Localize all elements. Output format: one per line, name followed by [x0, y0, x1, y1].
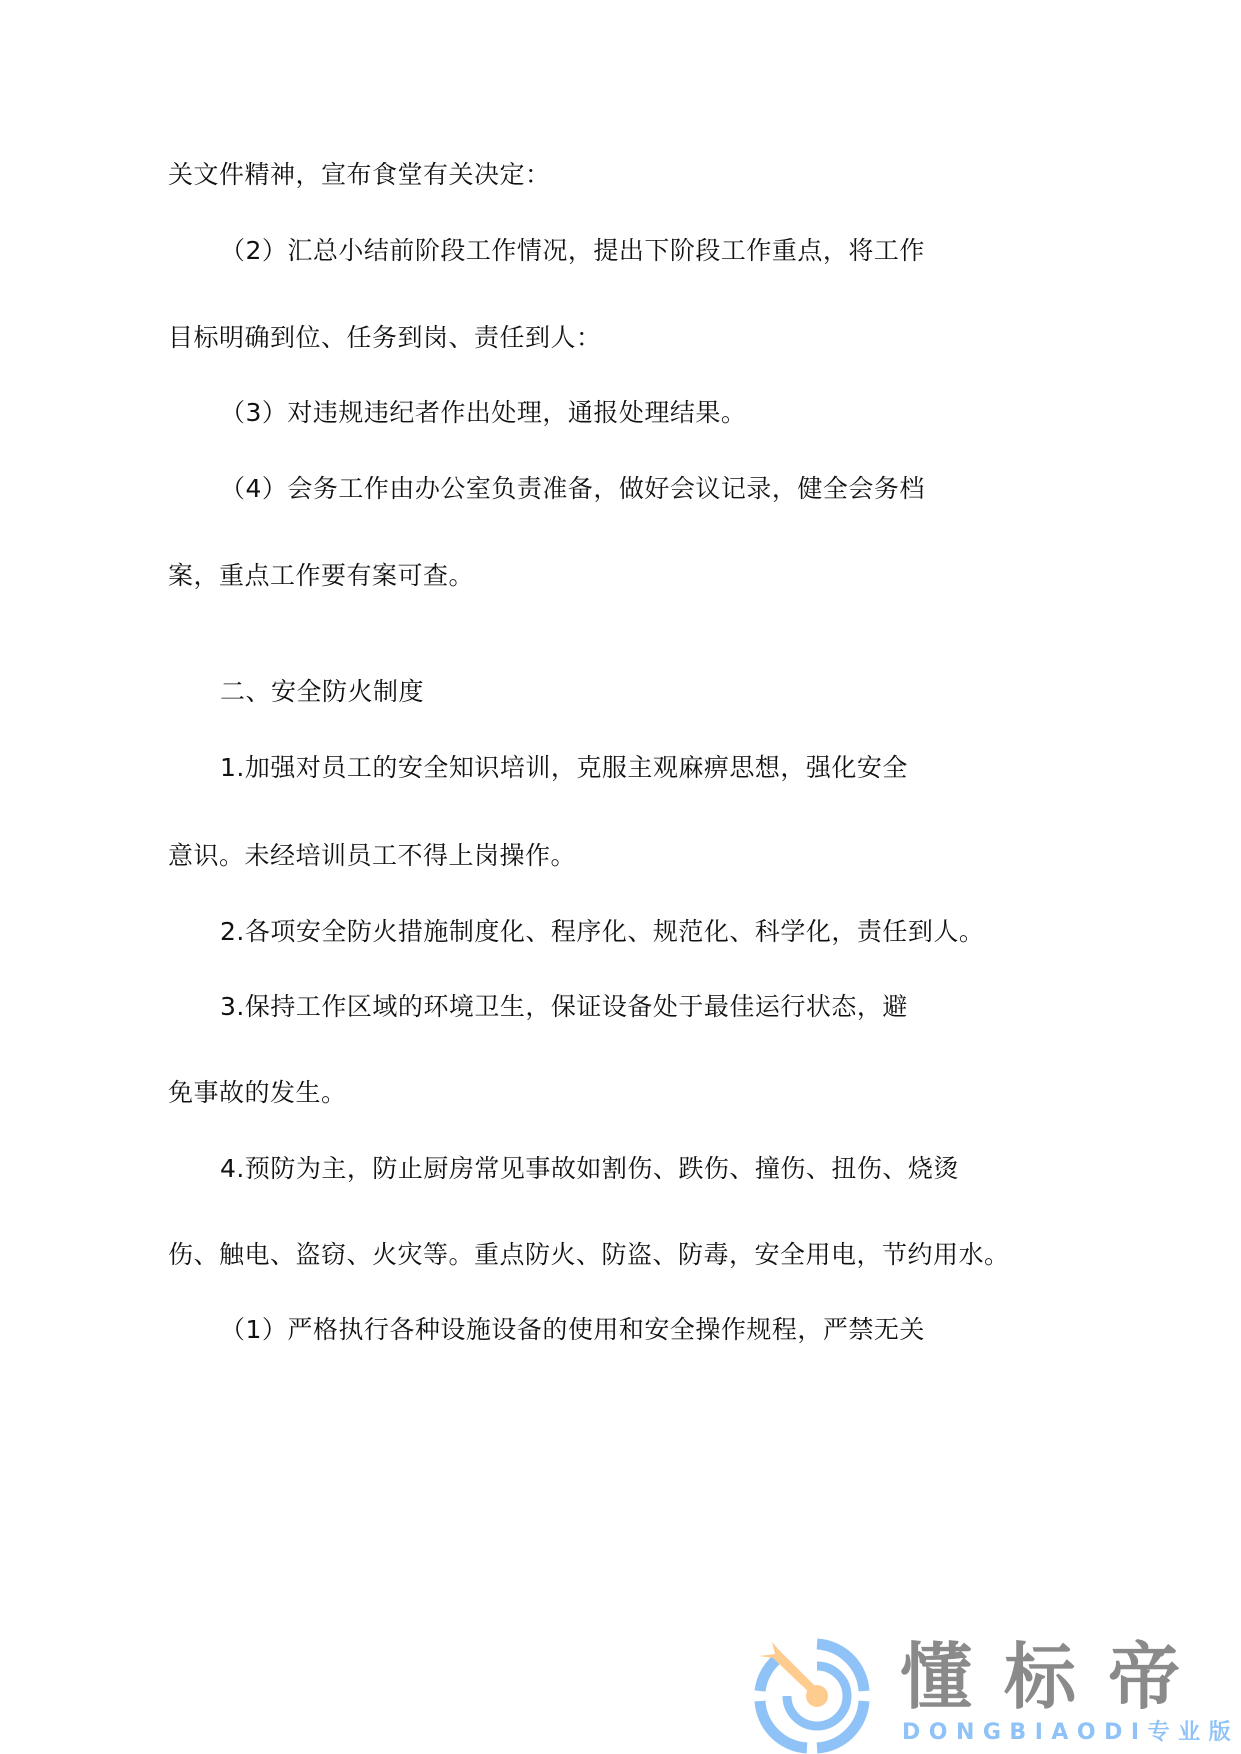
text-line: 1.加强对员工的安全知识培训，克服主观麻痹思想，强化安全 [220, 753, 908, 783]
text-line: 意识。未经培训员工不得上岗操作。 [168, 841, 576, 871]
text-line: 伤、触电、盗窃、火灾等。重点防火、防盗、防毒，安全用电，节约用水。 [168, 1240, 1010, 1270]
text-line: 3.保持工作区域的环境卫生，保证设备处于最佳运行状态，避 [220, 992, 908, 1022]
watermark-title: 懂标帝 [900, 1637, 1212, 1717]
text-line: （1）严格执行各种设施设备的使用和安全操作规程，严禁无关 [220, 1315, 925, 1345]
text-line: 案，重点工作要有案可查。 [168, 561, 474, 591]
text-line: （2）汇总小结前阶段工作情况，提出下阶段工作重点，将工作 [220, 236, 925, 266]
text-line: （4）会务工作由办公室负责准备，做好会议记录，健全会务档 [220, 474, 925, 504]
text-line: （3）对违规违纪者作出处理，通报处理结果。 [220, 398, 746, 428]
section-heading: 二、安全防火制度 [220, 677, 424, 707]
text-line: 关文件精神，宣布食堂有关决定： [168, 160, 551, 190]
document-page: 关文件精神，宣布食堂有关决定： （2）汇总小结前阶段工作情况，提出下阶段工作重点… [0, 0, 1241, 1754]
text-line: 4.预防为主，防止厨房常见事故如割伤、跌伤、撞伤、扭伤、烧烫 [220, 1154, 959, 1184]
text-line: 免事故的发生。 [168, 1078, 347, 1108]
text-line: 2.各项安全防火措施制度化、程序化、规范化、科学化，责任到人。 [220, 917, 984, 947]
watermark-logo: 懂标帝 DONGBIAODI专业版 [745, 1632, 1225, 1754]
target-arrow-icon [745, 1632, 875, 1754]
watermark-subtitle: DONGBIAODI专业版 [902, 1720, 1239, 1746]
text-line: 目标明确到位、任务到岗、责任到人： [168, 323, 602, 353]
